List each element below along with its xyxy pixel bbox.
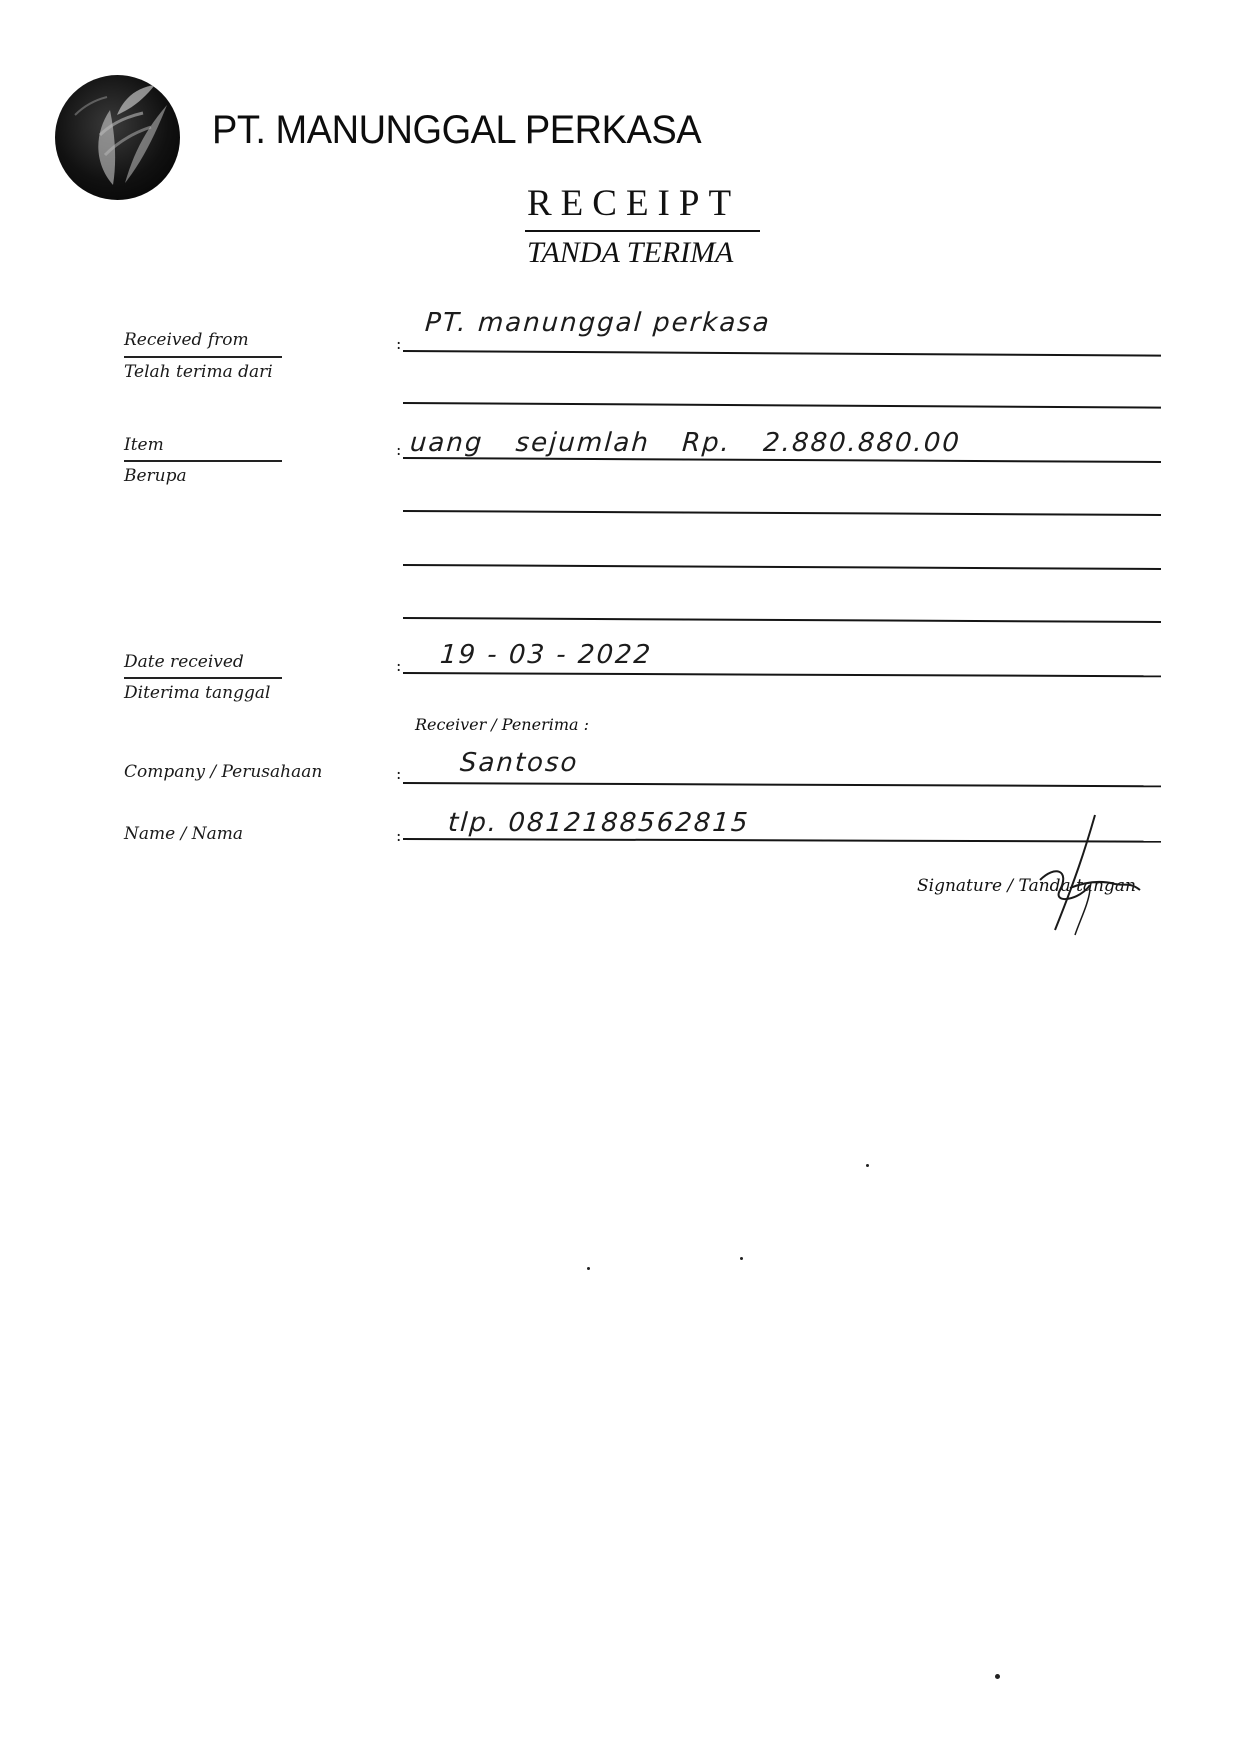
colon: :	[396, 764, 401, 783]
company-value[interactable]: Santoso	[459, 748, 580, 778]
colon: :	[396, 440, 401, 459]
wheat-leaf-emblem-icon	[55, 75, 180, 200]
item-line-3	[403, 564, 1161, 570]
name-label: Name / Nama	[124, 824, 243, 844]
receiver-caption: Receiver / Penerima :	[415, 715, 589, 734]
received-from-line	[403, 350, 1161, 356]
item-line-2	[403, 510, 1161, 516]
scan-speck	[587, 1267, 590, 1270]
colon: :	[396, 334, 401, 353]
label-divider	[124, 677, 282, 679]
scan-speck	[866, 1164, 869, 1167]
company-logo	[55, 75, 180, 200]
colon: :	[396, 656, 401, 675]
document-subtitle: TANDA TERIMA	[527, 236, 733, 270]
title-divider	[525, 230, 760, 232]
item-value[interactable]: uang sejumlah Rp. 2.880.880.00	[409, 428, 962, 458]
company-label: Company / Perusahaan	[124, 762, 322, 782]
scan-speck	[995, 1674, 1000, 1679]
handwritten-signature-icon[interactable]	[1030, 810, 1150, 940]
date-received-value[interactable]: 19 - 03 - 2022	[439, 640, 653, 670]
received-from-line-2	[403, 402, 1161, 408]
received-from-value[interactable]: PT. manunggal perkasa	[424, 308, 772, 338]
label-divider	[124, 460, 282, 462]
date-received-label: Date received	[124, 652, 244, 672]
date-received-label-id: Diterima tanggal	[124, 683, 270, 703]
item-line-4	[403, 617, 1161, 623]
company-line	[403, 782, 1161, 787]
scan-speck	[740, 1257, 743, 1260]
item-label-id: Berupa	[124, 466, 187, 486]
label-divider	[124, 356, 282, 358]
colon: :	[396, 826, 401, 845]
name-value[interactable]: tlp. 0812188562815	[447, 808, 751, 838]
company-name: PT. MANUNGGAL PERKASA	[212, 108, 701, 153]
date-received-line	[403, 672, 1161, 677]
received-from-label: Received from	[124, 330, 249, 350]
item-label: Item	[124, 435, 164, 455]
document-title: RECEIPT	[527, 182, 740, 225]
received-from-label-id: Telah terima dari	[124, 362, 273, 382]
